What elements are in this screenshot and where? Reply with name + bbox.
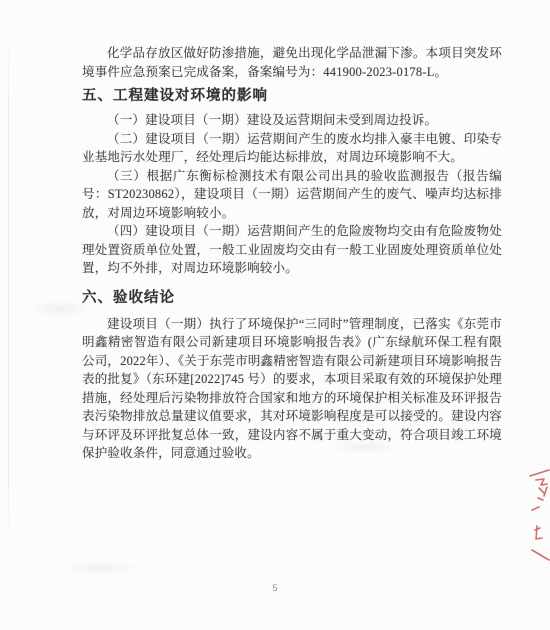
section-6-heading: 六、验收结论: [82, 289, 502, 308]
scan-smudge: [30, 300, 90, 318]
red-ink-annotation: [524, 464, 550, 566]
section-6-conclusion-paragraph: 建设项目（一期）执行了环境保护“三同时”管理制度，已落实《东莞市明鑫精密智造有限…: [82, 315, 502, 463]
red-ink-strokes: [530, 470, 549, 560]
section-5-item-1: （一）建设项目（一期）建设及运营期间未受到周边投诉。: [82, 111, 502, 130]
section-5-heading: 五、工程建设对环境的影响: [82, 87, 502, 106]
scan-edge-artifact: [8, 30, 9, 550]
document-body: 化学品存放区做好防渗措施，避免出现化学品泄漏下渗。本项目突发环境事件应急预案已完…: [82, 44, 502, 463]
section-5-item-2: （二）建设项目（一期）运营期间产生的废水均排入豪丰电镀、印染专业基地污水处理厂，…: [82, 130, 502, 167]
section-5-item-4: （四）建设项目（一期）运营期间产生的危险废物均交由有危险废物处理处置资质单位处置…: [82, 222, 502, 278]
section-5-item-3: （三）根据广东衡标检测技术有限公司出具的验收监测报告（报告编号：ST202308…: [82, 167, 502, 223]
scan-smudge: [60, 560, 140, 576]
scanned-document-page: { "colors": { "red_ink": "#cb5a5c", "bod…: [0, 0, 550, 630]
paragraph-chemical-storage: 化学品存放区做好防渗措施，避免出现化学品泄漏下渗。本项目突发环境事件应急预案已完…: [82, 44, 502, 81]
page-number: 5: [0, 583, 550, 593]
